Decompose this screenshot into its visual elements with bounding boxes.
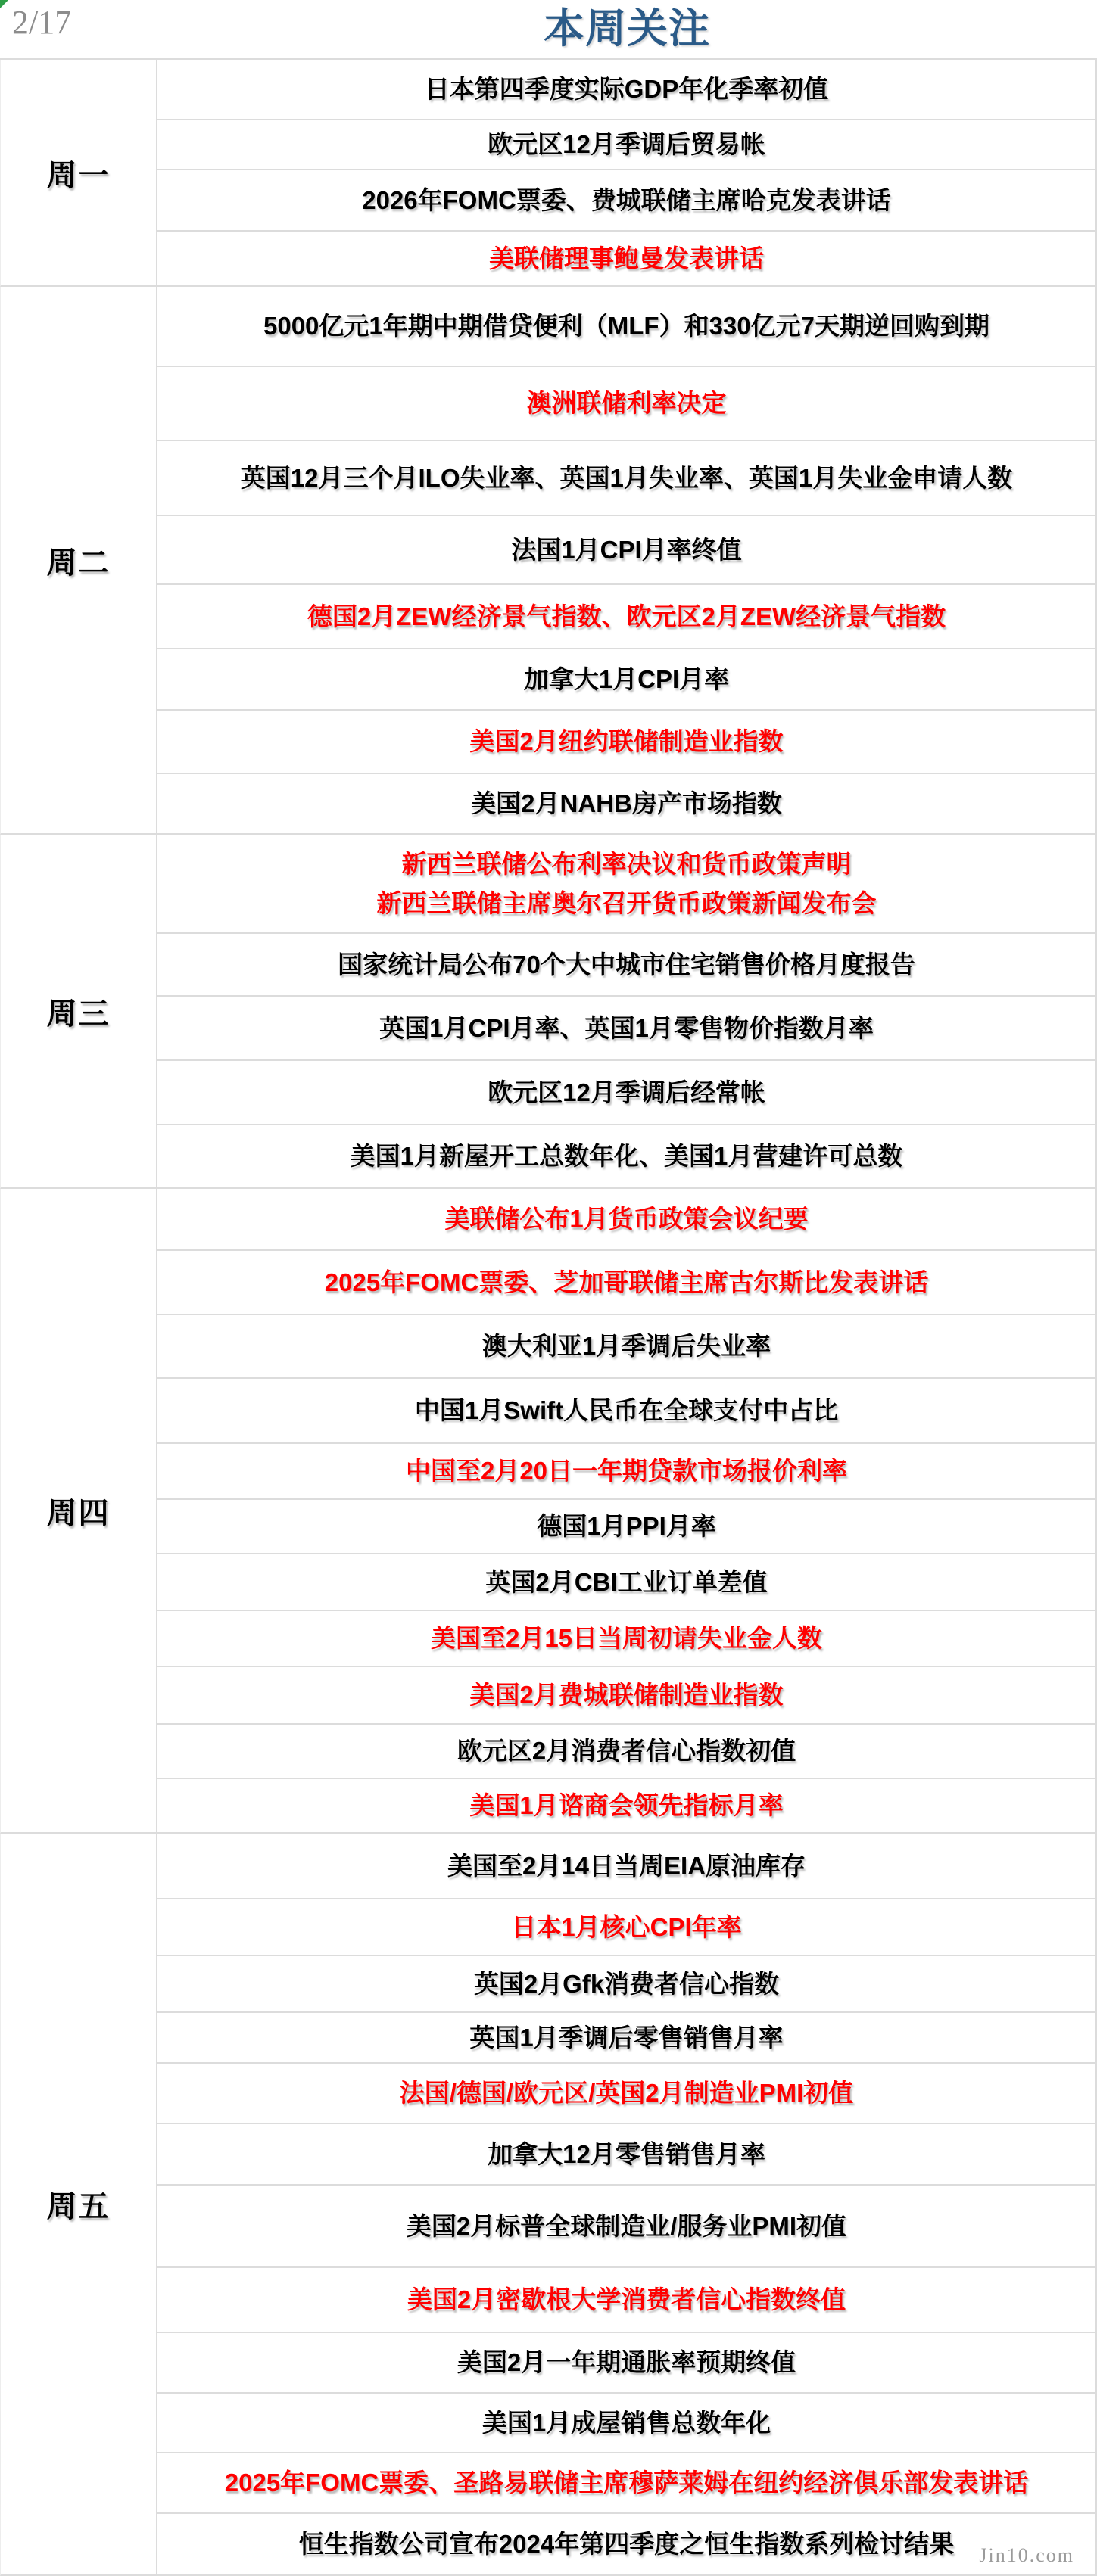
event-row: 欧元区12月季调后贸易帐 — [157, 120, 1095, 170]
event-text: 美国至2月15日当周初请失业金人数 — [431, 1619, 822, 1657]
event-text: 美国2月费城联储制造业指数 — [469, 1675, 783, 1714]
event-row: 英国1月CPI月率、英国1月零售物价指数月率 — [157, 997, 1095, 1061]
event-row: 欧元区12月季调后经常帐 — [157, 1061, 1095, 1125]
event-text: 欧元区12月季调后贸易帐 — [488, 125, 765, 163]
event-text: 恒生指数公司宣布2024年第四季度之恒生指数系列检讨结果 — [299, 2525, 954, 2563]
event-row: 5000亿元1年期中期借贷便利（MLF）和330亿元7天期逆回购到期 — [157, 287, 1095, 367]
event-row: 2025年FOMC票委、芝加哥联储主席古尔斯比发表讲话 — [157, 1251, 1095, 1315]
event-text: 美国2月一年期通胀率预期终值 — [457, 2343, 796, 2382]
event-text: 法国1月CPI月率终值 — [511, 530, 741, 569]
event-text: 欧元区2月消费者信心指数初值 — [457, 1731, 796, 1770]
event-row: 美国1月成屋销售总数年化 — [157, 2394, 1095, 2453]
event-row: 欧元区2月消费者信心指数初值 — [157, 1725, 1095, 1779]
day-section-wednesday: 周三新西兰联储公布利率决议和货币政策声明 新西兰联储主席奥尔召开货币政策新闻发布… — [0, 835, 1097, 1189]
event-text: 德国1月PPI月率 — [537, 1507, 716, 1545]
event-text: 美国至2月14日当周EIA原油库存 — [447, 1846, 806, 1885]
event-row: 法国1月CPI月率终值 — [157, 516, 1095, 585]
event-text: 美国1月谘商会领先指标月率 — [469, 1786, 783, 1825]
event-text: 美国2月密歇根大学消费者信心指数终值 — [407, 2280, 846, 2319]
event-rows: 5000亿元1年期中期借贷便利（MLF）和330亿元7天期逆回购到期澳洲联储利率… — [157, 287, 1095, 833]
event-row: 澳大利亚1月季调后失业率 — [157, 1315, 1095, 1379]
event-text: 2025年FOMC票委、芝加哥联储主席古尔斯比发表讲话 — [325, 1263, 929, 1302]
day-label: 周二 — [47, 539, 111, 582]
event-row: 美国至2月14日当周EIA原油库存 — [157, 1834, 1095, 1899]
event-row: 美联储公布1月货币政策会议纪要 — [157, 1189, 1095, 1251]
event-row: 日本第四季度实际GDP年化季率初值 — [157, 60, 1095, 120]
event-text: 英国1月CPI月率、英国1月零售物价指数月率 — [379, 1009, 874, 1047]
day-section-monday: 周一日本第四季度实际GDP年化季率初值欧元区12月季调后贸易帐2026年FOMC… — [0, 60, 1097, 287]
event-row: 美国2月纽约联储制造业指数 — [157, 711, 1095, 774]
event-text: 英国2月Gfk消费者信心指数 — [474, 1965, 779, 2003]
event-row: 美联储理事鲍曼发表讲话 — [157, 232, 1095, 285]
event-row: 英国1月季调后零售销售月率 — [157, 2013, 1095, 2064]
event-row: 国家统计局公布70个大中城市住宅销售价格月度报告 — [157, 934, 1095, 997]
day-label: 周五 — [47, 2182, 111, 2226]
event-row: 恒生指数公司宣布2024年第四季度之恒生指数系列检讨结果 — [157, 2514, 1095, 2574]
day-label-cell-friday: 周五 — [1, 1834, 157, 2574]
event-text: 澳洲联储利率决定 — [527, 384, 727, 422]
header: 2/17 本周关注 — [0, 0, 1097, 60]
event-text: 国家统计局公布70个大中城市住宅销售价格月度报告 — [338, 945, 915, 984]
event-row: 美国2月标普全球制造业/服务业PMI初值 — [157, 2186, 1095, 2268]
day-label: 周一 — [47, 151, 111, 194]
event-row: 美国2月费城联储制造业指数 — [157, 1667, 1095, 1725]
event-text: 中国1月Swift人民币在全球支付中占比 — [415, 1391, 838, 1430]
day-label-cell-thursday: 周四 — [1, 1189, 157, 1832]
event-row: 英国12月三个月ILO失业率、英国1月失业率、英国1月失业金申请人数 — [157, 441, 1095, 516]
event-row: 中国至2月20日一年期贷款市场报价利率 — [157, 1444, 1095, 1500]
day-label-cell-wednesday: 周三 — [1, 835, 157, 1187]
day-label-cell-tuesday: 周二 — [1, 287, 157, 833]
event-row: 加拿大12月零售销售月率 — [157, 2124, 1095, 2186]
event-row: 新西兰联储公布利率决议和货币政策声明 新西兰联储主席奥尔召开货币政策新闻发布会 — [157, 835, 1095, 934]
day-section-thursday: 周四美联储公布1月货币政策会议纪要2025年FOMC票委、芝加哥联储主席古尔斯比… — [0, 1189, 1097, 1834]
event-row: 德国2月ZEW经济景气指数、欧元区2月ZEW经济景气指数 — [157, 585, 1095, 649]
event-text: 美联储公布1月货币政策会议纪要 — [444, 1199, 808, 1238]
event-row: 日本1月核心CPI年率 — [157, 1899, 1095, 1956]
event-text: 美国1月成屋销售总数年化 — [482, 2403, 771, 2442]
event-row: 美国至2月15日当周初请失业金人数 — [157, 1611, 1095, 1667]
weekly-focus-sheet: 2/17 本周关注 周一日本第四季度实际GDP年化季率初值欧元区12月季调后贸易… — [0, 0, 1097, 2576]
event-text: 2025年FOMC票委、圣路易联储主席穆萨莱姆在纽约经济俱乐部发表讲话 — [225, 2463, 1029, 2502]
event-row: 英国2月CBI工业订单差值 — [157, 1554, 1095, 1611]
event-text: 美联储理事鲍曼发表讲话 — [489, 239, 764, 278]
event-rows: 美国至2月14日当周EIA原油库存日本1月核心CPI年率英国2月Gfk消费者信心… — [157, 1834, 1095, 2574]
event-text: 美国2月标普全球制造业/服务业PMI初值 — [407, 2207, 846, 2245]
event-rows: 新西兰联储公布利率决议和货币政策声明 新西兰联储主席奥尔召开货币政策新闻发布会国… — [157, 835, 1095, 1187]
page-title: 本周关注 — [157, 0, 1097, 58]
day-label: 周四 — [47, 1489, 111, 1532]
event-text: 新西兰联储公布利率决议和货币政策声明 新西兰联储主席奥尔召开货币政策新闻发布会 — [377, 845, 877, 922]
event-text: 英国1月季调后零售销售月率 — [469, 2018, 783, 2057]
event-row: 美国1月新屋开工总数年化、美国1月营建许可总数 — [157, 1125, 1095, 1187]
event-row: 美国2月密歇根大学消费者信心指数终值 — [157, 2268, 1095, 2333]
event-text: 2026年FOMC票委、费城联储主席哈克发表讲话 — [362, 181, 891, 219]
day-label: 周三 — [47, 990, 111, 1033]
event-text: 英国2月CBI工业订单差值 — [485, 1563, 767, 1601]
event-text: 德国2月ZEW经济景气指数、欧元区2月ZEW经济景气指数 — [307, 597, 946, 636]
day-label-cell-monday: 周一 — [1, 60, 157, 285]
event-row: 美国1月谘商会领先指标月率 — [157, 1779, 1095, 1832]
event-row: 美国2月NAHB房产市场指数 — [157, 774, 1095, 833]
event-text: 法国/德国/欧元区/英国2月制造业PMI初值 — [400, 2074, 854, 2112]
day-section-tuesday: 周二5000亿元1年期中期借贷便利（MLF）和330亿元7天期逆回购到期澳洲联储… — [0, 287, 1097, 835]
event-row: 美国2月一年期通胀率预期终值 — [157, 2333, 1095, 2394]
green-corner-marker — [0, 0, 8, 8]
event-text: 日本1月核心CPI年率 — [511, 1908, 741, 1946]
watermark: Jin10.com — [979, 2544, 1074, 2567]
event-text: 美国2月纽约联储制造业指数 — [469, 722, 783, 761]
event-row: 法国/德国/欧元区/英国2月制造业PMI初值 — [157, 2064, 1095, 2124]
day-section-friday: 周五美国至2月14日当周EIA原油库存日本1月核心CPI年率英国2月Gfk消费者… — [0, 1834, 1097, 2576]
event-row: 2026年FOMC票委、费城联储主席哈克发表讲话 — [157, 170, 1095, 232]
event-text: 美国1月新屋开工总数年化、美国1月营建许可总数 — [351, 1137, 903, 1175]
event-text: 加拿大12月零售销售月率 — [488, 2135, 765, 2173]
event-text: 英国12月三个月ILO失业率、英国1月失业率、英国1月失业金申请人数 — [241, 459, 1012, 497]
event-row: 澳洲联储利率决定 — [157, 367, 1095, 441]
event-text: 美国2月NAHB房产市场指数 — [471, 784, 782, 823]
page-date: 2/17 — [12, 3, 71, 42]
event-text: 加拿大1月CPI月率 — [524, 660, 729, 698]
event-rows: 日本第四季度实际GDP年化季率初值欧元区12月季调后贸易帐2026年FOMC票委… — [157, 60, 1095, 285]
event-row: 英国2月Gfk消费者信心指数 — [157, 1956, 1095, 2013]
event-text: 中国至2月20日一年期贷款市场报价利率 — [406, 1451, 847, 1490]
event-rows: 美联储公布1月货币政策会议纪要2025年FOMC票委、芝加哥联储主席古尔斯比发表… — [157, 1189, 1095, 1832]
schedule-table: 周一日本第四季度实际GDP年化季率初值欧元区12月季调后贸易帐2026年FOMC… — [0, 60, 1097, 2576]
event-row: 中国1月Swift人民币在全球支付中占比 — [157, 1379, 1095, 1444]
event-row: 2025年FOMC票委、圣路易联储主席穆萨莱姆在纽约经济俱乐部发表讲话 — [157, 2453, 1095, 2514]
event-row: 德国1月PPI月率 — [157, 1500, 1095, 1554]
event-text: 欧元区12月季调后经常帐 — [488, 1073, 765, 1112]
event-text: 5000亿元1年期中期借贷便利（MLF）和330亿元7天期逆回购到期 — [263, 306, 989, 345]
event-text: 澳大利亚1月季调后失业率 — [482, 1327, 771, 1365]
event-row: 加拿大1月CPI月率 — [157, 649, 1095, 711]
event-text: 日本第四季度实际GDP年化季率初值 — [425, 70, 829, 108]
